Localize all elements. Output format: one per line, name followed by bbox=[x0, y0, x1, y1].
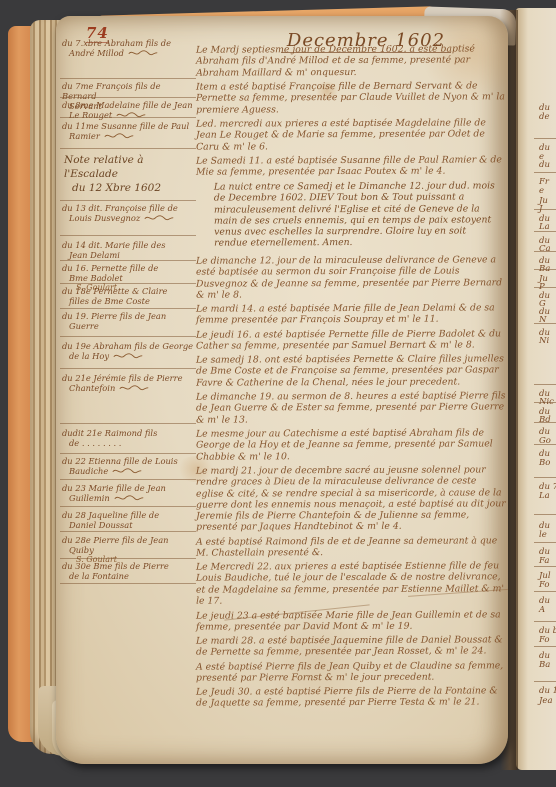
facing-page-text-fragment: La bbox=[539, 491, 550, 501]
facing-page-text-fragment: le bbox=[539, 530, 547, 540]
paraph-flourish-icon bbox=[144, 214, 174, 222]
margin-entry: du 21e Jérémie fils de PierreChantefoin bbox=[62, 373, 194, 393]
escalade-note-line: du 12 Xbre 1602 bbox=[64, 181, 196, 195]
margin-entry-line: du 7.xbre Abraham fils de bbox=[62, 38, 194, 48]
margin-entry-line: du 30e Bme fils de Pierre bbox=[62, 561, 194, 571]
margin-entry: du 19e Abraham fils de Georgede la Hoy bbox=[62, 341, 194, 361]
baptism-entry: Item a esté baptisé Françoise fille de B… bbox=[196, 80, 506, 115]
margin-entry: du 19. Pierre fils de JeanGuerre bbox=[62, 311, 194, 331]
facing-page-rule-line bbox=[534, 251, 556, 252]
margin-entry-line: dudit 21e Raimond fils bbox=[62, 428, 194, 438]
paraph-flourish-icon bbox=[128, 49, 158, 57]
margin-rule-line bbox=[60, 506, 196, 507]
baptism-entry: A esté baptisé Raimond fils de et de Jea… bbox=[196, 535, 506, 559]
facing-page-text-fragment: Ni bbox=[539, 336, 549, 346]
margin-entry: du 11me Susanne fille de PaulRamier bbox=[62, 121, 194, 141]
margin-entry-line: André Millod bbox=[69, 48, 124, 58]
margin-rule-line bbox=[60, 423, 196, 424]
margin-entry-line: Baudiche bbox=[69, 466, 108, 476]
facing-page-text-fragment: Jea bbox=[539, 696, 553, 706]
baptism-entry: Le jeudi 16. a esté baptisée Pernette fi… bbox=[196, 328, 506, 352]
escalade-note-line: Note relative à l'Escalade bbox=[64, 153, 196, 181]
baptism-entry: A esté baptisé Pierre fils de Jean Quiby… bbox=[196, 660, 506, 684]
margin-entry-line: de . . . . . . . . bbox=[69, 438, 121, 448]
margin-entry-line: filles de Bme Coste bbox=[69, 296, 150, 306]
facing-page-rule-line bbox=[534, 514, 556, 515]
margin-entry-line: de la Fontaine bbox=[69, 571, 129, 581]
baptism-entry: Le Mardj septiesme jour de Decembre 1602… bbox=[196, 43, 506, 78]
margin-rule-line bbox=[60, 235, 196, 236]
facing-page-text-fragment: A bbox=[539, 605, 545, 615]
margin-entry-line: du 11me Susanne fille de Paul bbox=[62, 121, 194, 131]
margin-entry-line: du 19. Pierre fils de Jean bbox=[62, 311, 194, 321]
margin-rule-line bbox=[60, 531, 196, 532]
facing-page-text-fragment: du 13 bbox=[539, 686, 556, 696]
margin-entry: du 23 Marie fille de JeanGuillemin bbox=[62, 483, 194, 503]
escalade-margin-note: Note relative à l'Escaladedu 12 Xbre 160… bbox=[64, 153, 196, 195]
facing-page-rule-line bbox=[534, 323, 556, 324]
facing-page-rule-line bbox=[534, 646, 556, 647]
margin-entry-line: de la Hoy bbox=[69, 351, 109, 361]
margin-entry-line: Jean Delami bbox=[69, 250, 120, 260]
margin-entry-line: du 13 dit. Françoise fille de bbox=[62, 203, 194, 213]
paraph-flourish-icon bbox=[104, 132, 134, 140]
facing-page-rule-line bbox=[534, 566, 556, 567]
facing-page-text-fragment: Fo bbox=[539, 580, 550, 590]
margin-rule-line bbox=[60, 479, 196, 480]
facing-page-rule-line bbox=[534, 422, 556, 423]
margin-rule-line bbox=[60, 583, 196, 584]
margin-entry-line: du 28 Jaqueline fille de bbox=[62, 510, 194, 520]
facing-page-text-fragment: du bbox=[539, 160, 550, 170]
margin-rule-line bbox=[60, 148, 196, 149]
facing-page-rule-line bbox=[534, 591, 556, 592]
margin-entry-line: du 19e Abraham fils de George bbox=[62, 341, 194, 351]
facing-page-rule-line bbox=[534, 621, 556, 622]
margin-entry-line: Guillemin bbox=[69, 493, 110, 503]
facing-page-rule-line bbox=[534, 287, 556, 288]
margin-entry-line: Le Rouget bbox=[69, 110, 112, 120]
margin-entry-line: Chantefoin bbox=[69, 383, 115, 393]
margin-rule-line bbox=[60, 308, 196, 309]
facing-page-rule-line bbox=[534, 402, 556, 403]
facing-page-text-fragment: Fo bbox=[539, 635, 550, 645]
margin-rule-line bbox=[60, 453, 196, 454]
baptism-entry: Le dimanche 19. au sermon de 8. heures a… bbox=[196, 391, 506, 426]
margin-entry-line: du 22 Etienna fille de Louis bbox=[62, 456, 194, 466]
margin-entry-line: Daniel Doussat bbox=[69, 520, 133, 530]
margin-entry-line: du 28e Pierre fils de Jean bbox=[62, 535, 194, 545]
facing-page-text-fragment: Bo bbox=[539, 458, 550, 468]
facing-page-rule-line bbox=[534, 542, 556, 543]
facing-page-text-fragment: de bbox=[539, 112, 549, 122]
baptism-entry: Le Jeudi 30. a esté baptisé Pierre fils … bbox=[196, 686, 506, 710]
margin-entry-line: Louis Dusvegnoz bbox=[69, 213, 140, 223]
baptism-entry: Le mesme jour au Catechisme a esté bapti… bbox=[196, 428, 506, 463]
margin-entry-line: du 8me Madelaine fille de Jean bbox=[62, 100, 194, 110]
margin-entry-line: Ramier bbox=[69, 131, 100, 141]
margin-rule-line bbox=[60, 117, 196, 118]
photograph-of-register: dudedueduFreJuJduLaduCaduBaJuPduGduNduNi… bbox=[0, 0, 556, 787]
margin-rule-line bbox=[60, 558, 196, 559]
margin-rule-line bbox=[60, 97, 196, 98]
margin-rule-line bbox=[60, 336, 196, 337]
margin-entry: du 22 Etienna fille de LouisBaudiche bbox=[62, 456, 194, 476]
facing-page-rule-line bbox=[534, 231, 556, 232]
margin-entry: dudit 21e Raimond filsde . . . . . . . . bbox=[62, 428, 194, 448]
facing-page-rule-line bbox=[534, 138, 556, 139]
paraph-flourish-icon bbox=[113, 352, 143, 360]
baptism-entry: Le mardi 14. a esté baptisée Marie fille… bbox=[196, 303, 506, 327]
margin-entry: du 14 dit. Marie fille desJean Delami bbox=[62, 240, 194, 260]
facing-page-rule-line bbox=[534, 172, 556, 173]
facing-page-text-fragment: Ca bbox=[539, 244, 551, 254]
body-text-column: Le Mardj septiesme jour de Decembre 1602… bbox=[196, 44, 506, 712]
escalade-deliverance-entry: La nuict entre ce Samedj et le Dimanche … bbox=[214, 181, 498, 250]
baptism-entry: Led. mercredi aux prieres a esté baptisé… bbox=[196, 117, 506, 152]
margin-rule-line bbox=[60, 200, 196, 201]
facing-page-text-fragment: e bbox=[539, 186, 544, 196]
facing-page-rule-line bbox=[534, 384, 556, 385]
margin-entry-line: du 7me François fils de Bernard bbox=[62, 81, 194, 101]
baptism-entry: Le Mercredi 22. aux prieres a esté bapti… bbox=[196, 561, 506, 608]
facing-page-rule-line bbox=[534, 209, 556, 210]
margin-rule-line bbox=[60, 260, 196, 261]
facing-page-rule-line bbox=[534, 444, 556, 445]
facing-page-sliver: dudedueduFreJuJduLaduCaduBaJuPduGduNduNi… bbox=[516, 8, 556, 770]
margin-entry: du 13 dit. Françoise fille deLouis Dusve… bbox=[62, 203, 194, 223]
paraph-flourish-icon bbox=[114, 494, 144, 502]
margin-entry-line: du 23 Marie fille de Jean bbox=[62, 483, 194, 493]
margin-entry: du 28 Jaqueline fille deDaniel Doussat bbox=[62, 510, 194, 530]
baptism-entry: Le jeudi 23 a esté baptisée Marie fille … bbox=[196, 609, 506, 633]
baptism-entry: Le Samedi 11. a esté baptisée Susanne fi… bbox=[196, 154, 506, 178]
margin-rule-line bbox=[60, 368, 196, 369]
facing-page-text-fragment: Fa bbox=[539, 556, 549, 566]
margin-entry-line: Bme Badolet bbox=[69, 273, 123, 283]
margin-entry-line: du 18e Pernette & Claire bbox=[62, 286, 194, 296]
margin-entry-line: du 16. Pernette fille de bbox=[62, 263, 194, 273]
margin-entry: du 18e Pernette & Clairefilles de Bme Co… bbox=[62, 286, 194, 306]
facing-page-text-fragment: Ba bbox=[539, 660, 550, 670]
baptism-entry: Le dimanche 12. jour de la miraculeuse d… bbox=[196, 254, 506, 301]
margin-rule-line bbox=[60, 78, 196, 79]
margin-entry: du 7.xbre Abraham fils deAndré Millod bbox=[62, 38, 194, 58]
margin-rule-line bbox=[60, 283, 196, 284]
baptism-entry: Le mardj 21. jour de decembre sacré au j… bbox=[196, 464, 506, 533]
baptism-entry: Le samedj 18. ont esté baptisées Pernett… bbox=[196, 354, 506, 389]
margin-entry-line: Quiby bbox=[69, 545, 94, 555]
paraph-flourish-icon bbox=[119, 384, 149, 392]
facing-page-rule-line bbox=[534, 681, 556, 682]
margin-entry-line: du 21e Jérémie fils de Pierre bbox=[62, 373, 194, 383]
margin-entry-line: Guerre bbox=[69, 321, 99, 331]
baptism-entry: Le mardi 28. a esté baptisée Jaquemine f… bbox=[196, 635, 506, 659]
margin-entry: du 30e Bme fils de Pierrede la Fontaine bbox=[62, 561, 194, 581]
facing-page-rule-line bbox=[534, 269, 556, 270]
margin-entry-line: du 14 dit. Marie fille des bbox=[62, 240, 194, 250]
register-page: 74 Decembre 1602 du 7.xbre Abraham fils … bbox=[56, 16, 508, 764]
facing-page-rule-line bbox=[534, 477, 556, 478]
facing-page-text-fragment: Bd bbox=[539, 415, 551, 425]
margin-index-column: du 7.xbre Abraham fils deAndré Milloddu … bbox=[60, 16, 196, 764]
paraph-flourish-icon bbox=[112, 467, 142, 475]
